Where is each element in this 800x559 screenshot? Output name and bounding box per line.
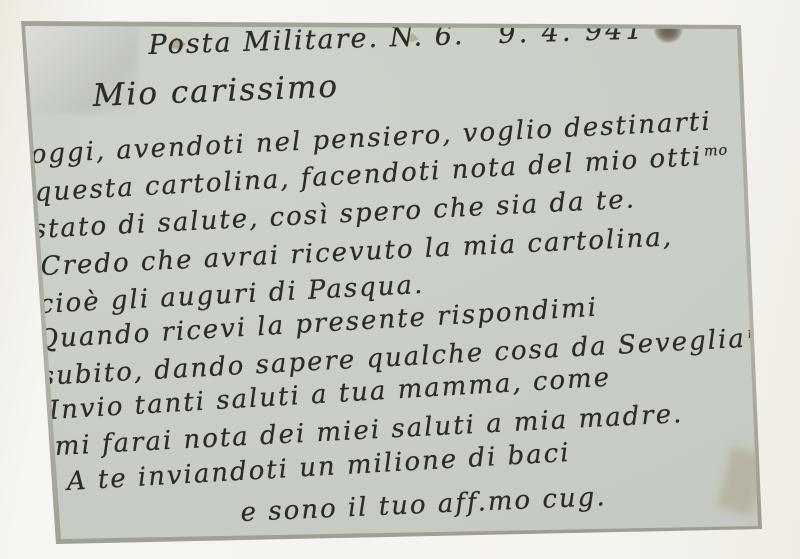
superscript-suffix: mo [704,143,729,160]
postcard: Posta Militare. N. 6.9. 4. 941 Mio caris… [0,0,800,559]
handwriting-line: e sono il tuo aff.mo cug. [240,482,607,528]
ink-smudge-icon [653,17,684,44]
header-line: Posta Militare. N. 6.9. 4. 941 [148,13,684,61]
scan-background: Posta Militare. N. 6.9. 4. 941 Mio caris… [0,0,800,559]
date-label: 9. 4. 941 [498,14,646,50]
